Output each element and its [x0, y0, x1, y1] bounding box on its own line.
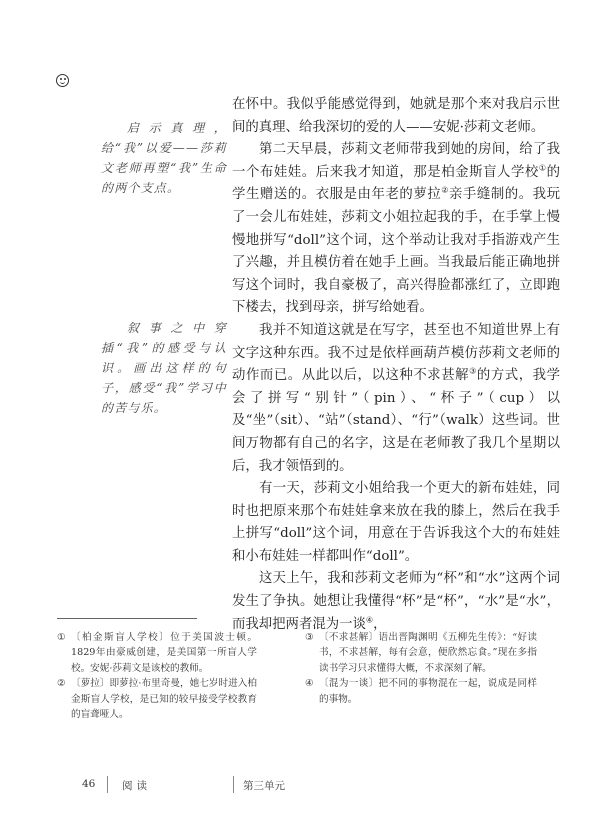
footnotes-right: ③ 〔不求甚解〕语出晋陶渊明《五柳先生传》：“好读书，不求甚解，每有会意，便欣然… [305, 630, 537, 707]
footnote-text: 〔混为一谈〕把不同的事物混在一起，说成是同样的事物。 [319, 676, 537, 707]
footnote-ref-4[interactable]: ④ [366, 615, 373, 624]
footnote-4: ④ 〔混为一谈〕把不同的事物混在一起，说成是同样的事物。 [305, 676, 537, 707]
smiley-face-icon [56, 74, 69, 87]
footnote-divider [57, 618, 197, 619]
footnote-ref-1[interactable]: ① [539, 163, 547, 172]
side-note-1: 启示真理，给“我”以爱——莎莉文老师再塑“我”生命的两个支点。 [101, 118, 227, 198]
paragraph-5: 这天上午，我和莎莉文老师为“杯”和“水”这两个词发生了争执。她想让我懂得“杯”是… [232, 568, 560, 636]
footer-divider [233, 776, 234, 793]
paragraph-3: 我并不知道这就是在写字，甚至也不知道世界上有文字这种东西。我不过是依样画葫芦模仿… [232, 320, 560, 478]
section-label: 阅读 [122, 778, 151, 793]
footnote-2: ② 〔萝拉〕即萝拉·布里奇曼，她七岁时进入柏金斯盲人学校，是已知的较早接受学校教… [57, 676, 257, 722]
footnote-text: 〔柏金斯盲人学校〕位于美国波士顿。1829年由豪威创建，是美国第一所盲人学校。安… [71, 630, 257, 676]
footnote-text: 〔萝拉〕即萝拉·布里奇曼，她七岁时进入柏金斯盲人学校，是已知的较早接受学校教育的… [71, 676, 257, 722]
side-note-2: 叙事之中穿插“我”的感受与认识。画出这样的句子，感受“我”学习中的苦与乐。 [101, 318, 227, 418]
paragraph-4: 有一天，莎莉文小姐给我一个更大的新布娃娃，同时也把原来那个布娃娃拿来放在我的膝上… [232, 478, 560, 568]
page-footer: 46 阅读 第三单元 [0, 778, 600, 798]
footnote-text: 〔不求甚解〕语出晋陶渊明《五柳先生传》：“好读书，不求甚解，每有会意，便欣然忘食… [319, 630, 537, 676]
footnote-1: ① 〔柏金斯盲人学校〕位于美国波士顿。1829年由豪威创建，是美国第一所盲人学校… [57, 630, 257, 676]
paragraph-2: 第二天早晨，莎莉文老师带我到她的房间，给了我一个布娃娃。后来我才知道，那是柏金斯… [232, 139, 560, 320]
unit-label: 第三单元 [243, 778, 285, 793]
footnote-3: ③ 〔不求甚解〕语出晋陶渊明《五柳先生传》：“好读书，不求甚解，每有会意，便欣然… [305, 630, 537, 676]
footer-divider [107, 776, 108, 793]
footnote-ref-3[interactable]: ③ [469, 367, 477, 376]
footnote-number: ② [57, 676, 71, 722]
footnote-number: ③ [305, 630, 319, 676]
paragraph-1: 在怀中。我似乎能感觉得到，她就是那个来对我启示世间的真理、给我深切的爱的人——安… [232, 94, 560, 139]
footnotes-left: ① 〔柏金斯盲人学校〕位于美国波士顿。1829年由豪威创建，是美国第一所盲人学校… [57, 630, 257, 722]
page-number: 46 [82, 778, 95, 790]
footnote-ref-2[interactable]: ② [441, 186, 449, 195]
footnote-number: ④ [305, 676, 319, 707]
main-text-column: 在怀中。我似乎能感觉得到，她就是那个来对我启示世间的真理、给我深切的爱的人——安… [232, 94, 560, 636]
footnote-number: ① [57, 630, 71, 676]
